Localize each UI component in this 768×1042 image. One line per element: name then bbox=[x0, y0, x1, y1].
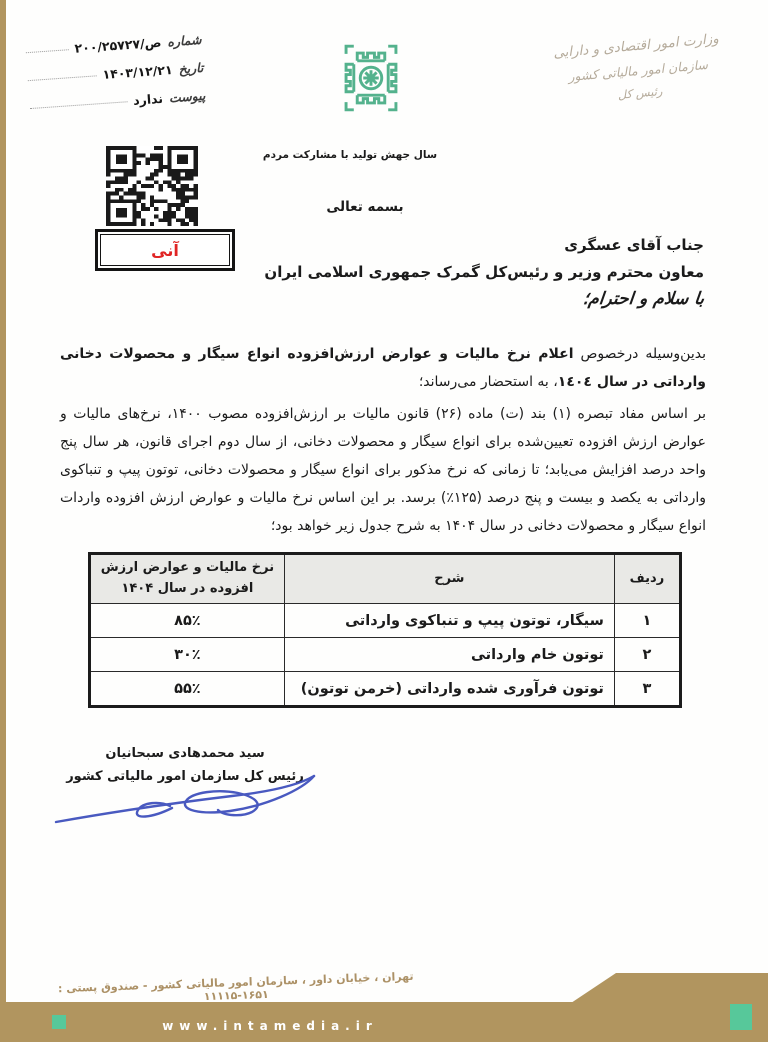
row-rate: ۵۵٪ bbox=[174, 681, 201, 697]
signer-name: سید محمدهادی سبحانیان bbox=[80, 746, 290, 761]
year-slogan: سال جهش تولید با مشارکت مردم bbox=[254, 149, 446, 161]
qr-code bbox=[106, 146, 198, 230]
number-label: شماره bbox=[167, 32, 202, 49]
tax-organization-logo-icon bbox=[328, 34, 414, 126]
row-rate: ۸۵٪ bbox=[174, 613, 201, 629]
besmele-text: بسمه تعالی bbox=[300, 199, 430, 215]
table-row: ۱ سیگار، توتون پیپ و تنباکوی وارداتی ۸۵٪ bbox=[90, 604, 681, 638]
row-description: توتون خام وارداتی bbox=[284, 638, 614, 672]
paragraph-subject: بدین‌وسیله درخصوص اعلام نرخ مالیات و عوا… bbox=[60, 340, 706, 396]
left-edge-strip bbox=[0, 0, 6, 1042]
urgency-stamp-label: آنی bbox=[151, 241, 179, 260]
footer-diagonal-shape bbox=[568, 973, 768, 1005]
letter-page: وزارت امور اقتصادی و دارایی سازمان امور … bbox=[0, 0, 768, 1042]
header-row-number: ردیف bbox=[614, 554, 680, 604]
table-row: ۳ توتون فرآوری شده وارداتی (خرمن توتون) … bbox=[90, 672, 681, 707]
recipient-name: جناب آقای عسگری bbox=[264, 236, 704, 254]
meta-number-row: شماره ۲۰۰/۲۵۷۲۷/ص bbox=[25, 32, 202, 59]
row-number: ۱ bbox=[614, 604, 680, 638]
row-rate: ۳۰٪ bbox=[174, 647, 201, 663]
p1-prefix: بدین‌وسیله درخصوص bbox=[574, 346, 706, 362]
salutation-handwriting: با سلام و احترام؛ bbox=[582, 289, 705, 309]
number-value: ۲۰۰/۲۵۷۲۷/ص bbox=[74, 35, 162, 56]
row-description: سیگار، توتون پیپ و تنباکوی وارداتی bbox=[284, 604, 614, 638]
recipient-block: جناب آقای عسگری معاون محترم وزیر و رئیس‌… bbox=[264, 236, 704, 309]
letterhead-calligraphy: وزارت امور اقتصادی و دارایی سازمان امور … bbox=[520, 28, 757, 110]
footer-green-square-right bbox=[730, 1004, 752, 1030]
dotted-line bbox=[30, 100, 128, 109]
row-number: ۳ bbox=[614, 672, 680, 707]
row-description: توتون فرآوری شده وارداتی (خرمن توتون) bbox=[284, 672, 614, 707]
date-value: ۱۴۰۳/۱۲/۲۱ bbox=[102, 62, 173, 82]
meta-date-row: تاریخ ۱۴۰۳/۱۲/۲۱ bbox=[27, 60, 204, 87]
letter-meta: شماره ۲۰۰/۲۵۷۲۷/ص تاریخ ۱۴۰۳/۱۲/۲۱ پیوست… bbox=[25, 32, 206, 128]
recipient-title: معاون محترم وزیر و رئیس‌کل گمرک جمهوری ا… bbox=[264, 263, 704, 281]
vat-rates-table: ردیف شرح نرخ مالیات و عوارض ارزش افزوده … bbox=[88, 552, 682, 708]
header-description: شرح bbox=[284, 554, 614, 604]
dotted-line bbox=[26, 48, 69, 53]
meta-attachment-row: پیوست ندارد bbox=[29, 88, 206, 115]
urgency-stamp: آنی bbox=[100, 234, 230, 266]
table-header: ردیف شرح نرخ مالیات و عوارض ارزش افزوده … bbox=[90, 554, 681, 604]
p1-suffix: ، به استحضار می‌رساند؛ bbox=[419, 374, 558, 390]
dotted-line bbox=[28, 74, 97, 81]
footer-website: www.intamedia.ir bbox=[150, 1019, 390, 1033]
paragraph-legal-basis: بر اساس مفاد تبصره (۱) بند (ت) ماده (۲۶)… bbox=[60, 400, 706, 540]
date-label: تاریخ bbox=[178, 60, 204, 77]
table-row: ۲ توتون خام وارداتی ۳۰٪ bbox=[90, 638, 681, 672]
footer-green-square-left bbox=[52, 1015, 66, 1029]
signer-title: رئیس کل سازمان امور مالیاتی کشور bbox=[62, 769, 308, 784]
logo-flower bbox=[363, 70, 378, 85]
attachment-value: ندارد bbox=[133, 91, 164, 108]
header-rate: نرخ مالیات و عوارض ارزش افزوده در سال ۱۴… bbox=[90, 554, 285, 604]
attachment-label: پیوست bbox=[168, 88, 205, 106]
row-number: ۲ bbox=[614, 638, 680, 672]
